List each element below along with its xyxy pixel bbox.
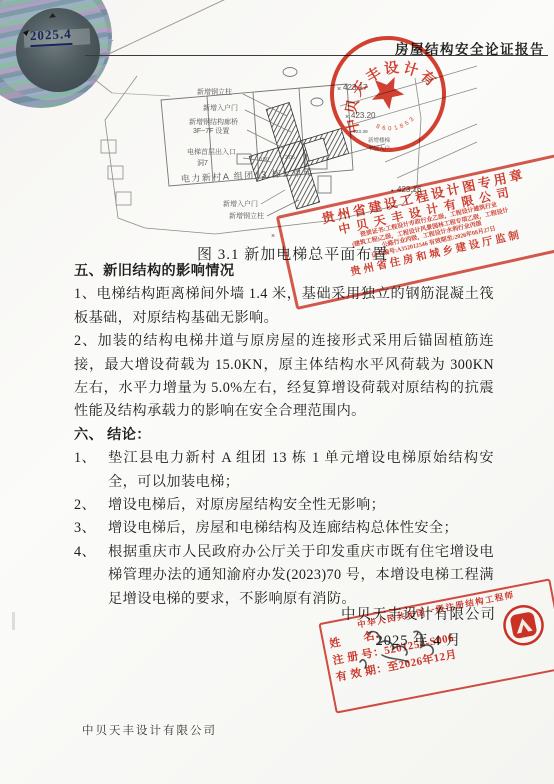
- report-page: 2025.4 房屋结构安全论证报告: [0, 0, 554, 784]
- conclusion-item: 2、 增设电梯后，对原房屋结构安全性无影响；: [74, 494, 494, 517]
- item-text: 增设电梯后，房屋和电梯结构及连廊结构总体性安全；: [108, 517, 494, 540]
- label-new-steel-column-bottom: 新增钢立柱: [229, 211, 264, 220]
- item-number: 1、: [74, 447, 108, 494]
- header-rule: [85, 55, 548, 56]
- label-corridor-1: 新增钢结构廊桥: [189, 117, 238, 126]
- label-new-steel-column-top: 新增钢立柱: [197, 87, 232, 96]
- item-number: 3、: [74, 517, 108, 540]
- label-new-entry-door-top: 新增入户门: [203, 103, 238, 112]
- dim-0-50: 0.50: [259, 157, 269, 163]
- item-number: 2、: [74, 494, 108, 517]
- company-round-stamp: 中贝天丰设计有限公司 8601853: [326, 32, 450, 156]
- label-hole: 洞7: [197, 159, 208, 167]
- item-text: 增设电梯后，对原房屋结构安全性无影响；: [108, 494, 494, 517]
- label-corridor-2: 3F~7F 设置: [193, 126, 229, 135]
- footer-company: 中贝天丰设计有限公司: [82, 722, 217, 738]
- round-stamp-serial: 8601853: [373, 106, 419, 141]
- section-5-title: 五、新旧结构的影响情况: [74, 260, 494, 283]
- archive-date: 2025.4: [30, 26, 73, 47]
- item-text: 垫江县电力新村 A 组团 13 栋 1 单元增设电梯原始结构安全，可以加装电梯；: [108, 447, 494, 494]
- paragraph-1: 1、电梯结构距离梯间外墙 1.4 米，基础采用独立的钢筋混凝土筏板基础，对原结构…: [74, 283, 494, 330]
- section-6-title: 六、 结论：: [74, 424, 494, 447]
- conclusion-item: 1、 垫江县电力新村 A 组团 13 栋 1 单元增设电梯原始结构安全，可以加装…: [74, 447, 494, 494]
- scan-smudge: [12, 612, 15, 630]
- label-new-entry-door-bottom: 新增入户门: [223, 199, 258, 208]
- report-body: 五、新旧结构的影响情况 1、电梯结构距离梯间外墙 1.4 米，基础采用独立的钢筋…: [74, 260, 494, 611]
- conclusion-item: 3、 增设电梯后，房屋和电梯结构及连廊结构总体性安全；: [74, 517, 494, 540]
- engineer-emblem-icon: [498, 599, 550, 651]
- dim-2-05: 2.05: [285, 155, 295, 161]
- label-elevator-entrance: 电梯首层出入口: [187, 147, 236, 156]
- item-number: 4、: [74, 541, 108, 611]
- svg-text:8601853: 8601853: [373, 106, 419, 141]
- elev-marker: ×: [271, 233, 275, 240]
- paragraph-2: 2、加装的结构电梯井道与原房屋的连接形式采用后锚固植筋连接，最大增设荷载为 15…: [74, 330, 494, 424]
